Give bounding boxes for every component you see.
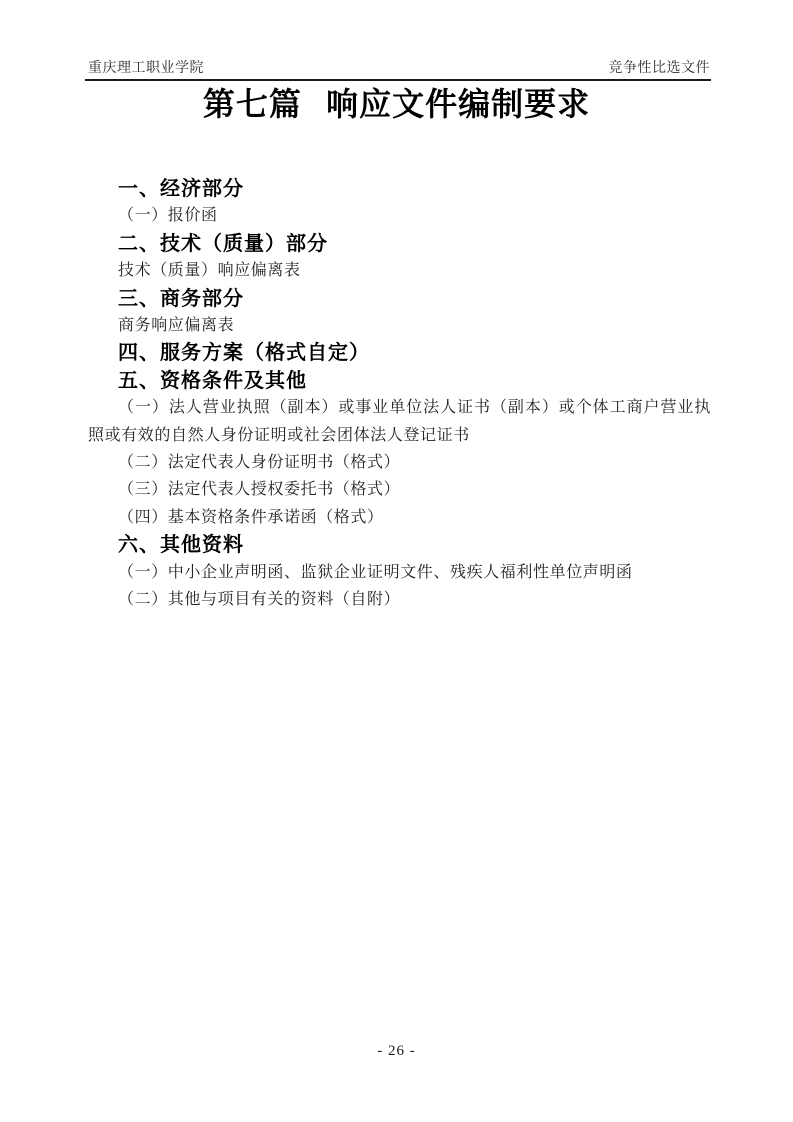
list-item: （一）报价函	[88, 202, 711, 229]
section-heading-3: 三、商务部分	[88, 285, 711, 312]
section-heading-2: 二、技术（质量）部分	[88, 230, 711, 257]
list-item: （四）基本资格条件承诺函（格式）	[88, 504, 711, 531]
page-title: 第七篇 响应文件编制要求	[0, 84, 793, 124]
list-item: （二）法定代表人身份证明书（格式）	[88, 449, 711, 476]
page-number: - 26 -	[0, 1043, 793, 1060]
paragraph: （一）法人营业执照（副本）或事业单位法人证书（副本）或个体工商户营业执照或有效的…	[88, 394, 711, 449]
section-heading-4: 四、服务方案（格式自定）	[88, 339, 711, 366]
list-item: （三）法定代表人授权委托书（格式）	[88, 476, 711, 503]
list-item: 技术（质量）响应偏离表	[88, 257, 711, 284]
list-item: 商务响应偏离表	[88, 312, 711, 339]
list-item: （二）其他与项目有关的资料（自附）	[88, 586, 711, 613]
document-page: 重庆理工职业学院 竞争性比选文件 第七篇 响应文件编制要求 一、经济部分 （一）…	[0, 0, 793, 1122]
document-body: 一、经济部分 （一）报价函 二、技术（质量）部分 技术（质量）响应偏离表 三、商…	[88, 175, 711, 614]
page-header: 重庆理工职业学院 竞争性比选文件	[88, 57, 710, 77]
list-item: （一）中小企业声明函、监狱企业证明文件、残疾人福利性单位声明函	[88, 559, 711, 586]
header-left-text: 重庆理工职业学院	[88, 57, 204, 77]
header-right-text: 竞争性比选文件	[609, 57, 711, 77]
section-heading-1: 一、经济部分	[88, 175, 711, 202]
header-divider	[85, 79, 711, 81]
section-heading-6: 六、其他资料	[88, 531, 711, 558]
section-heading-5: 五、资格条件及其他	[88, 367, 711, 394]
